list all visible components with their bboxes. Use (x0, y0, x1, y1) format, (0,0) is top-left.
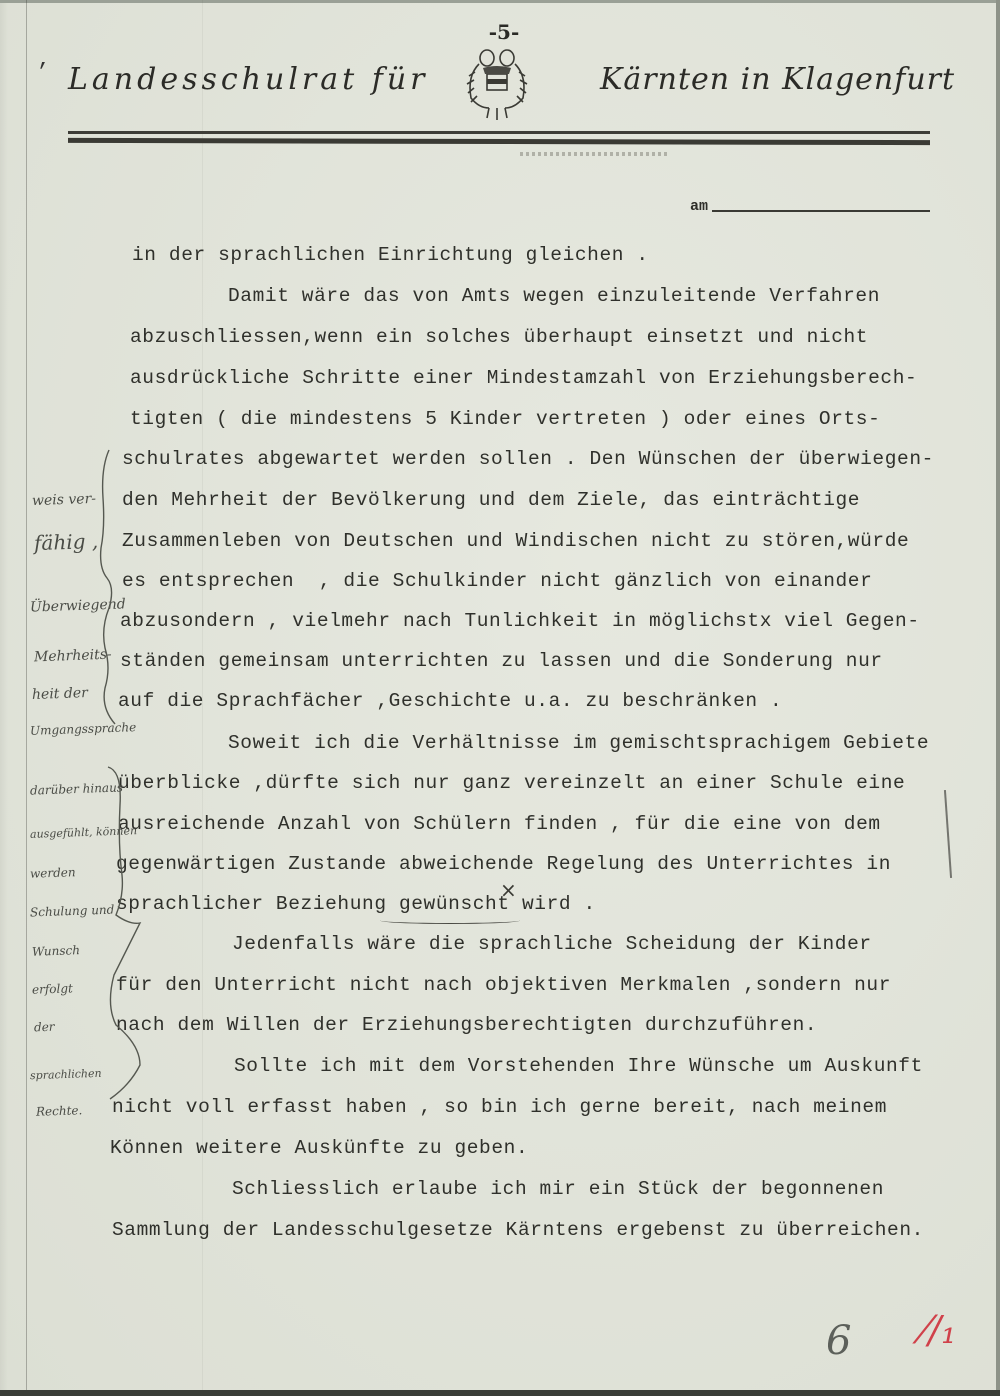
right-margin-pencil-line (944, 790, 952, 878)
body-line: nach dem Willen der Erziehungsberechtigt… (116, 1014, 817, 1036)
date-field-line (712, 210, 930, 212)
body-line: es entsprechen , die Schulkinder nicht g… (122, 570, 872, 592)
red-pencil-mark: ⁄/₁ (922, 1308, 956, 1352)
apostrophe-mark: ’ (36, 60, 49, 85)
margin-note: weis ver- (32, 491, 97, 509)
body-line: ausdrückliche Schritte einer Mindestamza… (130, 367, 917, 389)
margin-bracket-lower-icon (100, 765, 160, 1105)
body-line: Soweit ich die Verhältnisse im gemischts… (228, 732, 929, 754)
date-label: am (690, 198, 708, 215)
letterhead-rule-thin (68, 131, 930, 134)
body-line: Damit wäre das von Amts wegen einzuleite… (228, 285, 880, 307)
faint-stamp (520, 152, 670, 156)
body-line: Zusammenleben von Deutschen und Windisch… (122, 530, 909, 552)
margin-note: der (34, 1020, 55, 1035)
margin-note: heit der (32, 685, 88, 703)
body-line: abzusondern , vielmehr nach Tunlichkeit … (120, 610, 920, 632)
body-line: gegenwärtigen Zustande abweichende Regel… (116, 853, 891, 875)
page-right-edge (996, 0, 1000, 1396)
body-line: sprachlicher Beziehung gewünscht wird . (116, 893, 596, 915)
body-line: Können weitere Auskünfte zu geben. (110, 1137, 528, 1159)
margin-note: sprachlichen (30, 1067, 102, 1082)
letterhead-left: Landesschulrat für (68, 62, 429, 97)
margin-note: werden (30, 865, 76, 881)
body-line: schulrates abgewartet werden sollen . De… (122, 448, 934, 470)
document-page: -5- ’ Landesschulrat für Kärnten in Klag… (0, 0, 996, 1390)
handwritten-x-mark: × (500, 878, 517, 902)
body-line: für den Unterricht nicht nach objektiven… (116, 974, 891, 996)
letterhead-right: Kärnten in Klagenfurt (600, 62, 955, 97)
double-eagle-emblem-icon (465, 46, 529, 122)
margin-note: erfolgt (32, 981, 73, 996)
margin-note: Rechte. (36, 1103, 83, 1119)
body-line: überblicke ,dürfte sich nur ganz vereinz… (118, 772, 905, 794)
page-number: -5- (474, 20, 534, 44)
margin-note: fähig , (34, 529, 99, 555)
body-line: abzuschliessen,wenn ein solches überhaup… (130, 326, 868, 348)
handwritten-underline (380, 917, 520, 924)
body-line: tigten ( die mindestens 5 Kinder vertret… (130, 408, 880, 430)
page-top-edge (0, 0, 1000, 3)
body-line: ständen gemeinsam unterrichten zu lassen… (120, 650, 883, 672)
body-line: Sammlung der Landesschulgesetze Kärntens… (112, 1219, 924, 1241)
body-line: Schliesslich erlaube ich mir ein Stück d… (232, 1178, 884, 1200)
body-line: ausreichende Anzahl von Schülern finden … (118, 813, 881, 835)
letterhead-rule-thick (68, 138, 930, 145)
body-line: nicht voll erfasst haben , so bin ich ge… (112, 1096, 887, 1118)
page-bottom-edge (0, 1390, 1000, 1396)
body-line: Sollte ich mit dem Vorstehenden Ihre Wün… (234, 1055, 923, 1077)
margin-bracket-upper-icon (95, 448, 125, 728)
margin-note: Wunsch (32, 943, 80, 959)
margin-fold-line (26, 0, 27, 1396)
body-line: den Mehrheit der Bevölkerung und dem Zie… (122, 489, 860, 511)
pencil-page-number: 6 (826, 1318, 851, 1364)
body-line: Jedenfalls wäre die sprachliche Scheidun… (232, 933, 872, 955)
body-line: auf die Sprachfächer ,Geschichte u.a. zu… (118, 690, 782, 712)
body-line: in der sprachlichen Einrichtung gleichen… (132, 244, 649, 266)
